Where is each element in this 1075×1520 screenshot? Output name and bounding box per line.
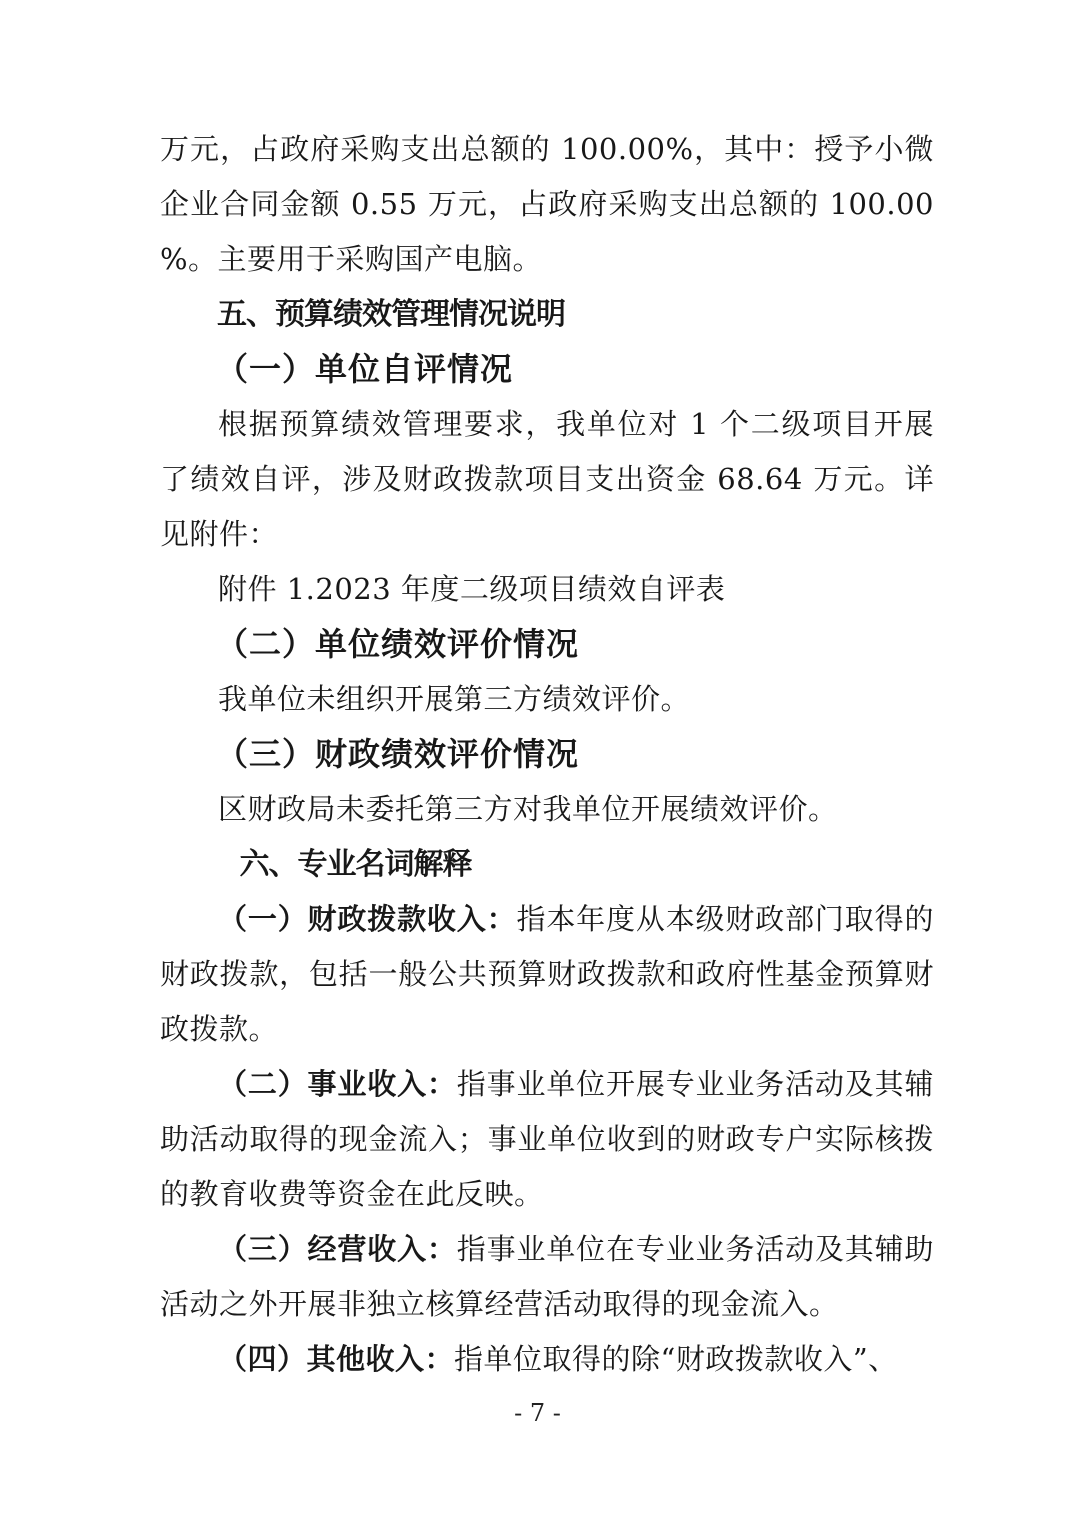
definition-term: （三）经营收入： xyxy=(218,1232,457,1266)
subsection-heading-fiscal-performance-evaluation: （三）财政绩效评价情况 xyxy=(160,727,934,782)
definition-term: （二）事业收入： xyxy=(218,1067,457,1101)
section-heading-5-budget-performance: 五、预算绩效管理情况说明 xyxy=(160,287,934,342)
definition-text: 指单位取得的除“财政拨款收入”、 xyxy=(454,1342,898,1376)
paragraph-procurement-continuation: 万元，占政府采购支出总额的 100.00%，其中：授予小微企业合同金额 0.55… xyxy=(160,122,934,287)
definition-term: （四）其他收入： xyxy=(218,1342,454,1376)
definition-term: （一）财政拨款收入： xyxy=(218,902,516,936)
subsection-heading-unit-performance-evaluation: （二）单位绩效评价情况 xyxy=(160,617,934,672)
definition-paragraph-fiscal-appropriation-income: （一）财政拨款收入：指本年度从本级财政部门取得的财政拨款，包括一般公共预算财政拨… xyxy=(160,892,934,1057)
definition-paragraph-institution-income: （二）事业收入：指事业单位开展专业业务活动及其辅助活动取得的现金流入；事业单位收… xyxy=(160,1057,934,1222)
paragraph-attachment-reference: 附件 1.2023 年度二级项目绩效自评表 xyxy=(160,562,934,617)
document-body: 万元，占政府采购支出总额的 100.00%，其中：授予小微企业合同金额 0.55… xyxy=(160,122,934,1387)
definition-paragraph-operating-income: （三）经营收入：指事业单位在专业业务活动及其辅助活动之外开展非独立核算经营活动取… xyxy=(160,1222,934,1332)
paragraph-no-third-party-evaluation: 我单位未组织开展第三方绩效评价。 xyxy=(160,672,934,727)
definition-paragraph-other-income: （四）其他收入：指单位取得的除“财政拨款收入”、 xyxy=(160,1332,934,1387)
document-page: 万元，占政府采购支出总额的 100.00%，其中：授予小微企业合同金额 0.55… xyxy=(0,0,1075,1520)
subsection-heading-unit-self-evaluation: （一）单位自评情况 xyxy=(160,342,934,397)
paragraph-finance-bureau-no-evaluation: 区财政局未委托第三方对我单位开展绩效评价。 xyxy=(160,782,934,837)
page-number: - 7 - xyxy=(0,1396,1075,1430)
section-heading-6-terminology: 六、专业名词解释 xyxy=(160,837,934,892)
paragraph-self-evaluation-detail: 根据预算绩效管理要求，我单位对 1 个二级项目开展了绩效自评，涉及财政拨款项目支… xyxy=(160,397,934,562)
